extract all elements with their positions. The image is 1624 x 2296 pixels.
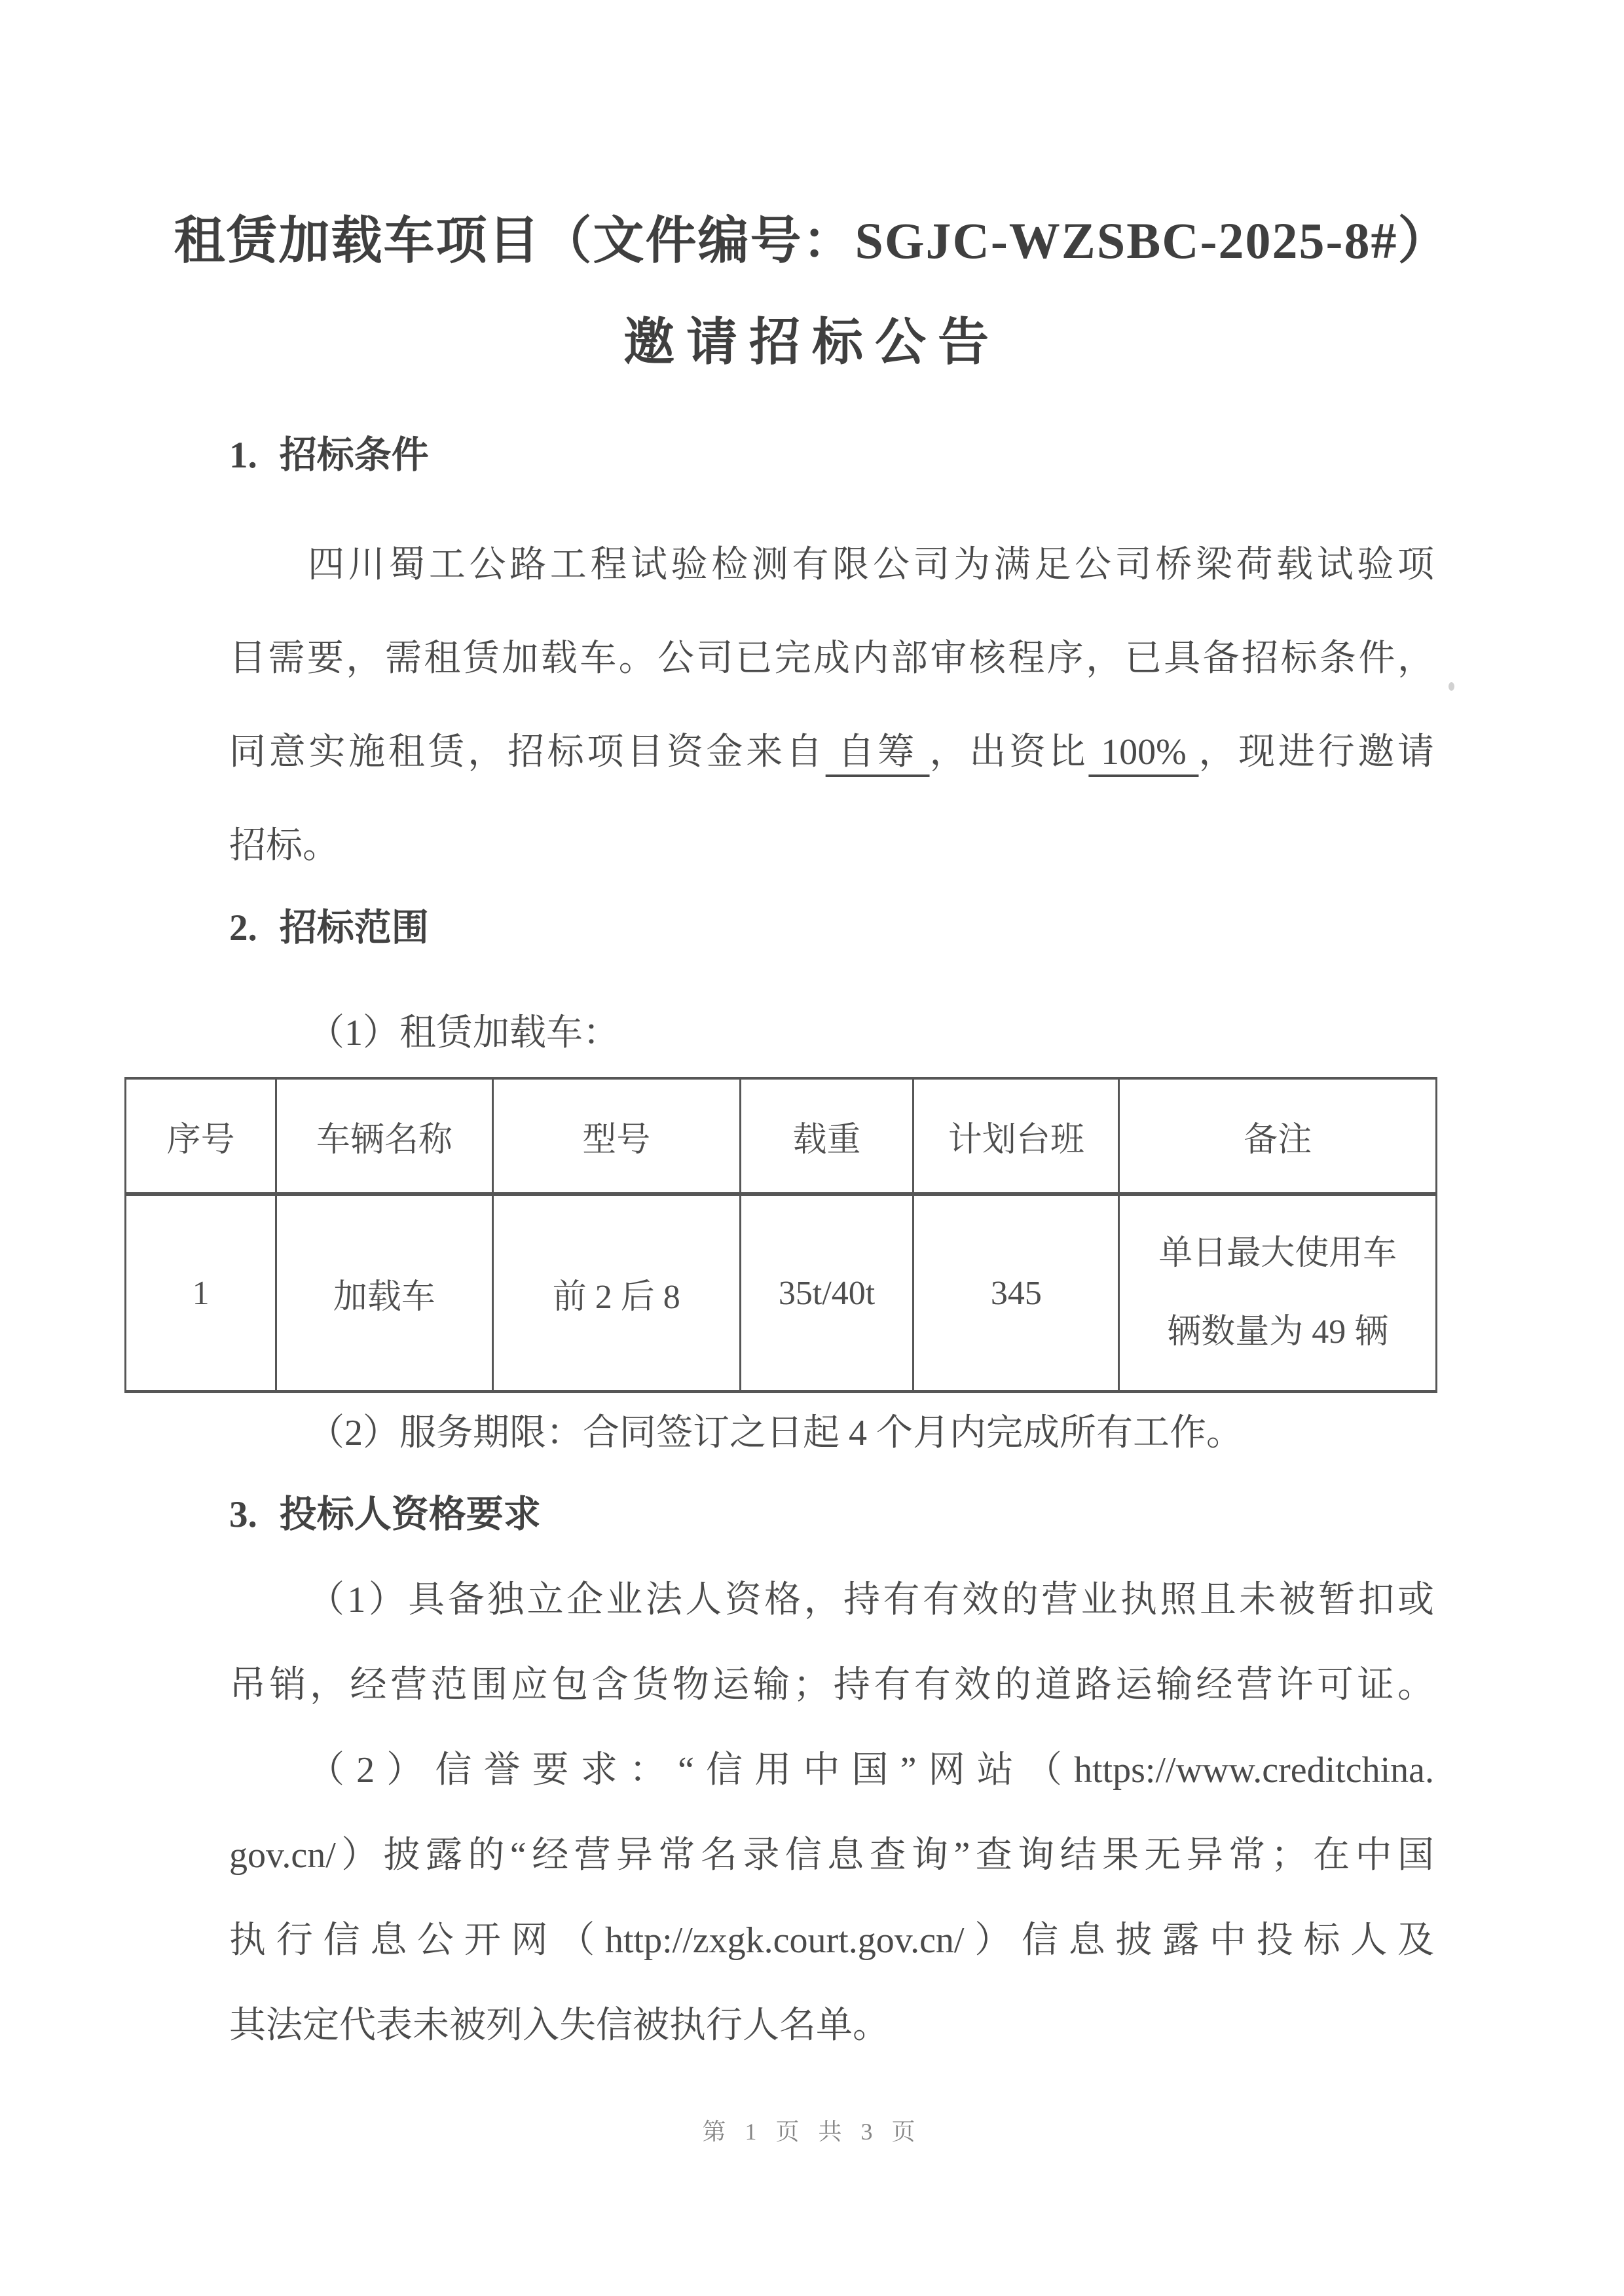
- col-header-vehicle-name: 车辆名称: [276, 1078, 492, 1194]
- col-header-model: 型号: [492, 1078, 740, 1194]
- col-header-seq: 序号: [126, 1078, 276, 1194]
- section-3-number: 3.: [229, 1494, 257, 1535]
- paragraph-line: 吊销，经营范围应包含货物运输；持有有效的道路运输经营许可证。: [229, 1643, 1434, 1728]
- vehicle-table: 序号 车辆名称 型号 载重 计划台班 备注 1 加载车 前 2 后 8 35t/…: [124, 1077, 1437, 1393]
- cell-vehicle-name: 加载车: [276, 1194, 492, 1392]
- paragraph-line: （2）信誉要求：“信用中国”网站（https://www.creditchina…: [229, 1728, 1434, 1813]
- document-subtitle: 邀请招标公告: [0, 310, 1624, 375]
- page-number-footer: 第 1 页 共 3 页: [0, 2113, 1624, 2147]
- section-2-item-1: （1）租赁加载车：: [229, 1007, 1434, 1059]
- section-2-heading: 2.招标范围: [229, 902, 1434, 955]
- section-3-heading: 3.投标人资格要求: [229, 1489, 1434, 1541]
- paragraph-line: 四川蜀工公路工程试验检测有限公司为满足公司桥梁荷载试验项: [229, 519, 1434, 612]
- remark-line: 辆数量为 49 辆: [1120, 1293, 1435, 1372]
- cell-model: 前 2 后 8: [492, 1194, 740, 1392]
- paragraph-line: gov.cn/）披露的“经营异常名录信息查询”查询结果无异常；在中国: [229, 1813, 1434, 1898]
- remark-line: 单日最大使用车: [1120, 1214, 1435, 1293]
- scan-artifact-speck: [1449, 682, 1454, 691]
- document-title: 租赁加载车项目（文件编号：SGJC-WZSBC-2025-8#）: [0, 208, 1624, 274]
- paragraph-line: 执行信息公开网（http://zxgk.court.gov.cn/）信息披露中投…: [229, 1898, 1434, 1983]
- section-3-title: 投标人资格要求: [280, 1494, 541, 1535]
- underlined-value-funding-ratio: 100%: [1088, 732, 1198, 773]
- cell-remark: 单日最大使用车 辆数量为 49 辆: [1119, 1194, 1437, 1392]
- text-segment: 同意实施租赁，招标项目资金来自: [229, 732, 826, 773]
- cell-load: 35t/40t: [740, 1194, 913, 1392]
- section-2-item-2: （2）服务期限：合同签订之日起 4 个月内完成所有工作。: [229, 1407, 1434, 1459]
- col-header-load: 载重: [740, 1078, 913, 1194]
- paragraph-line: 目需要，需租赁加载车。公司已完成内部审核程序，已具备招标条件，: [229, 612, 1434, 706]
- section-1-title: 招标条件: [280, 435, 429, 476]
- section-2-number: 2.: [229, 907, 257, 949]
- section-1-number: 1.: [229, 435, 257, 476]
- section-1-paragraph: 四川蜀工公路工程试验检测有限公司为满足公司桥梁荷载试验项 目需要，需租赁加载车。…: [229, 519, 1434, 893]
- paragraph-line: （1）具备独立企业法人资格，持有有效的营业执照且未被暂扣或: [229, 1558, 1434, 1643]
- section-2-title: 招标范围: [280, 907, 429, 949]
- paragraph-line: 招标。: [229, 799, 1434, 893]
- section-3-paragraph-2: （2）信誉要求：“信用中国”网站（https://www.creditchina…: [229, 1728, 1434, 2068]
- underlined-value-funding-source: 自筹: [826, 732, 930, 773]
- section-3-paragraph-1: （1）具备独立企业法人资格，持有有效的营业执照且未被暂扣或 吊销，经营范围应包含…: [229, 1558, 1434, 1728]
- document-body: 1.招标条件 四川蜀工公路工程试验检测有限公司为满足公司桥梁荷载试验项 目需要，…: [0, 429, 1624, 2068]
- paragraph-line: 同意实施租赁，招标项目资金来自 自筹 ，出资比 100% ，现进行邀请: [229, 706, 1434, 799]
- document-page: 租赁加载车项目（文件编号：SGJC-WZSBC-2025-8#） 邀请招标公告 …: [0, 0, 1624, 2296]
- col-header-remark: 备注: [1119, 1078, 1437, 1194]
- text-segment: ，出资比: [930, 732, 1089, 773]
- text-segment: ，现进行邀请: [1198, 732, 1434, 773]
- paragraph-line: 其法定代表未被列入失信被执行人名单。: [229, 1983, 1434, 2068]
- cell-seq: 1: [126, 1194, 276, 1392]
- cell-planned-shifts: 345: [913, 1194, 1119, 1392]
- table-header-row: 序号 车辆名称 型号 载重 计划台班 备注: [126, 1078, 1437, 1194]
- table-row: 1 加载车 前 2 后 8 35t/40t 345 单日最大使用车 辆数量为 4…: [126, 1194, 1437, 1392]
- col-header-planned-shifts: 计划台班: [913, 1078, 1119, 1194]
- section-1-heading: 1.招标条件: [229, 429, 1434, 482]
